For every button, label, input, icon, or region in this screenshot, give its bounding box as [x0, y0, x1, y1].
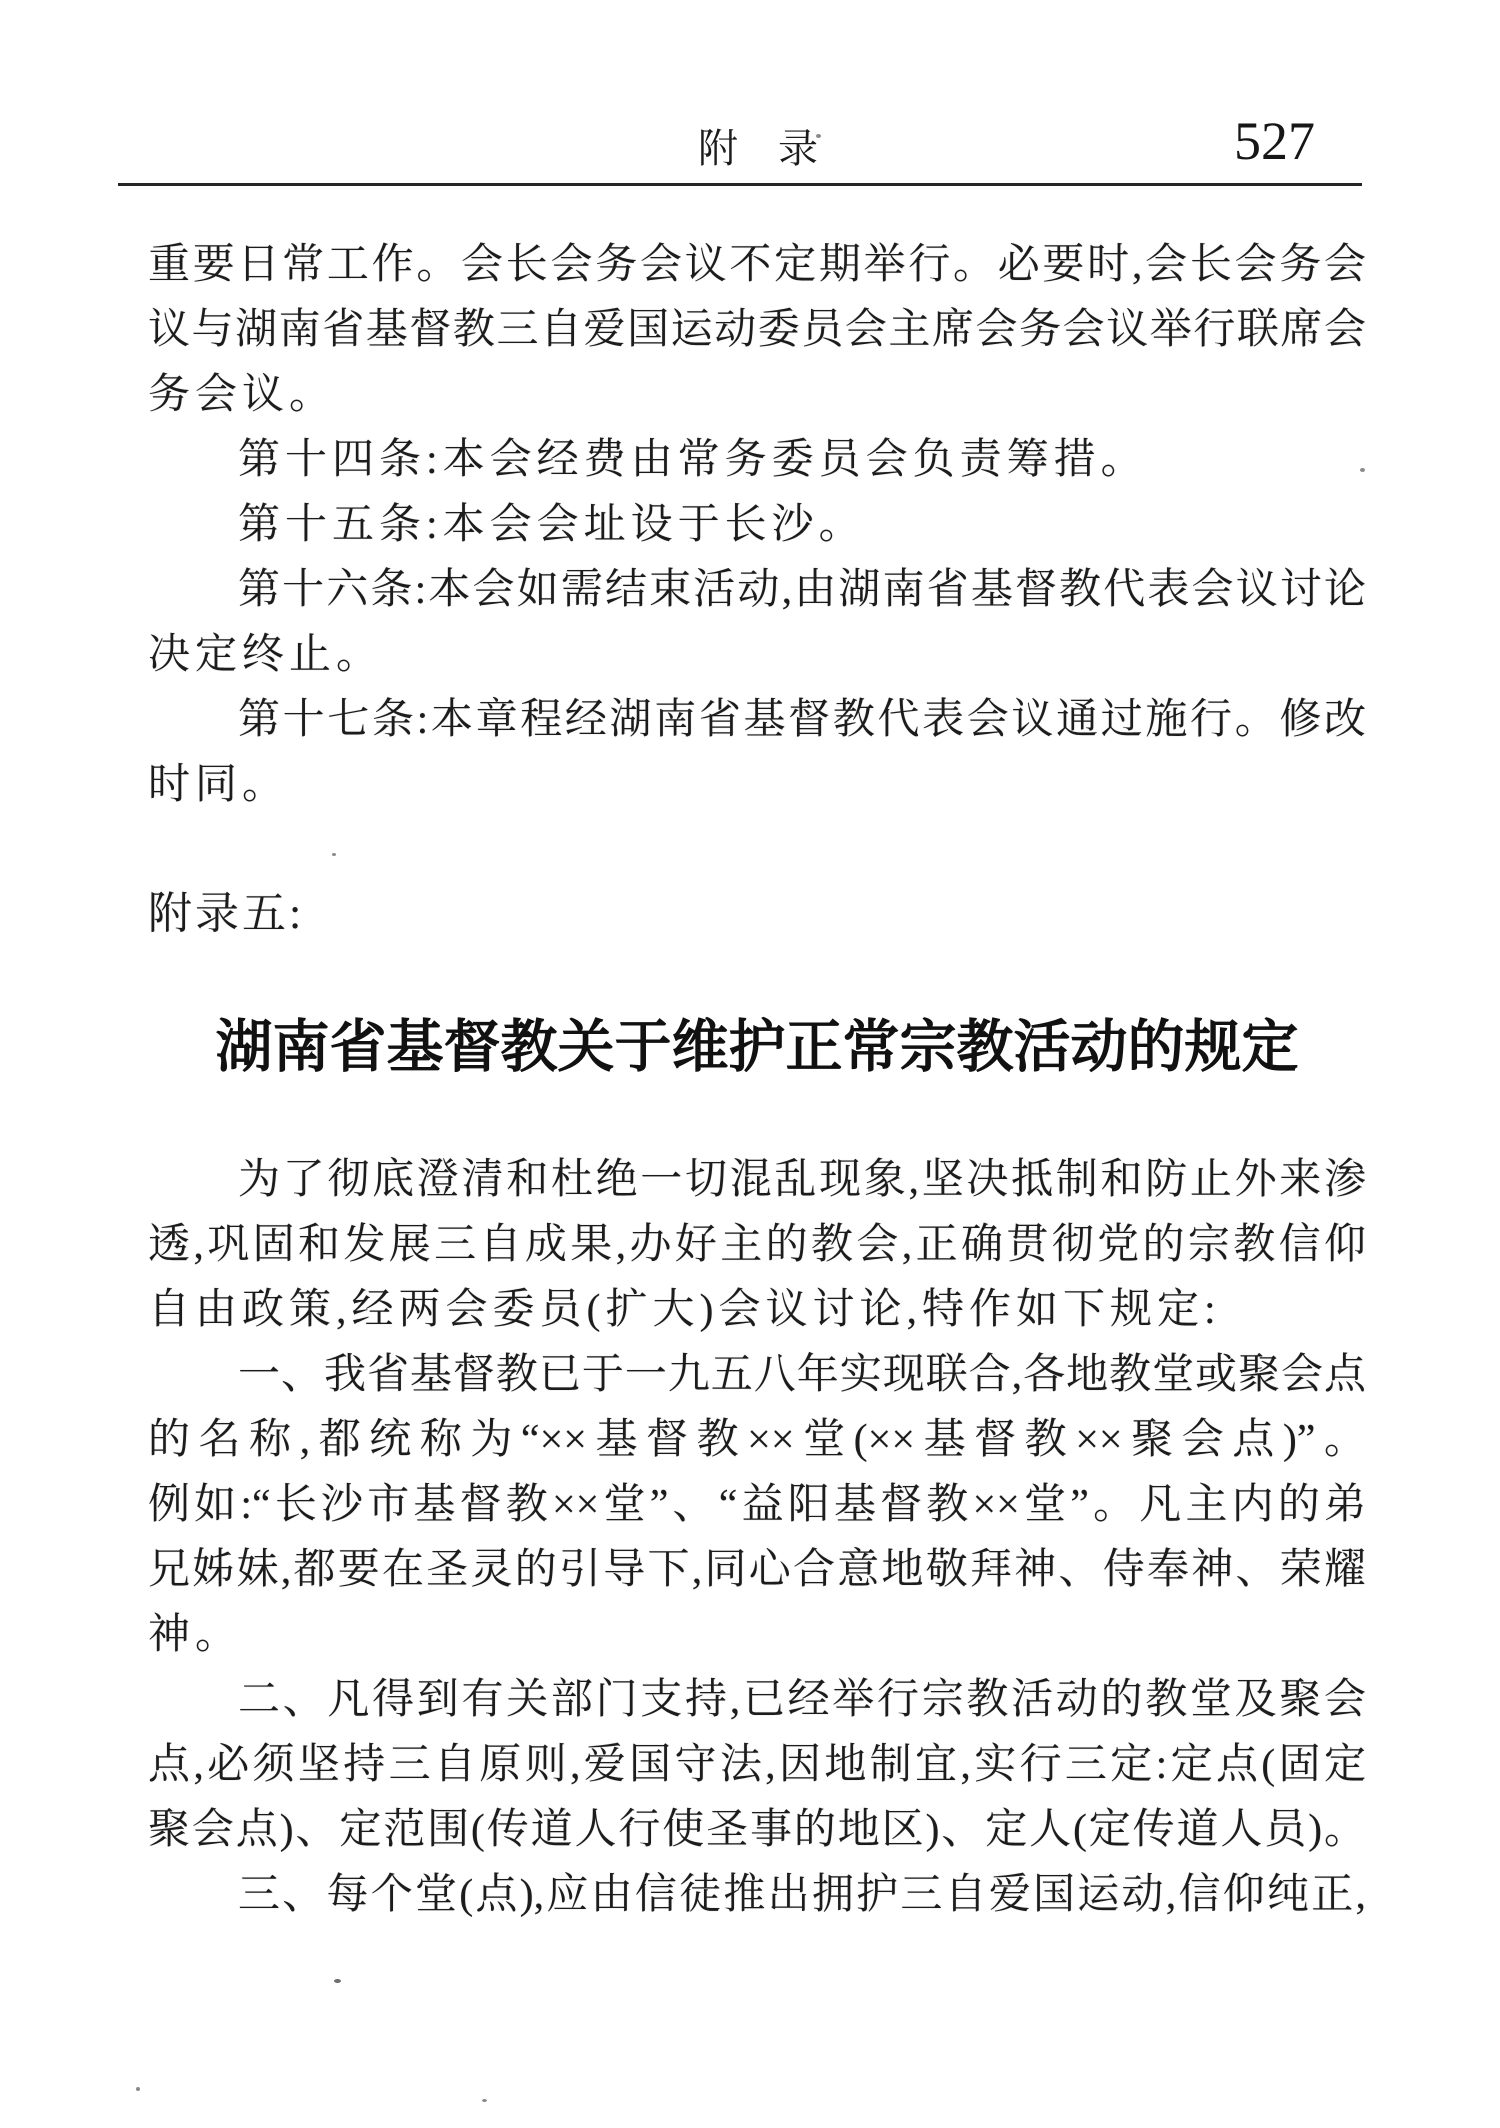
text-line: 三、每个堂(点),应由信徒推出拥护三自爱国运动,信仰纯正,	[148, 1863, 1366, 1928]
text-line: 第十五条:本会会址设于长沙。	[148, 493, 1366, 558]
scan-noise-speck	[136, 2087, 140, 2091]
text-line: 第十七条:本章程经湖南省基督教代表会议通过施行。修改	[148, 688, 1366, 753]
text-line: 为了彻底澄清和杜绝一切混乱现象,坚决抵制和防止外来渗	[148, 1148, 1366, 1213]
text-line: 自由政策,经两会委员(扩大)会议讨论,特作如下规定:	[148, 1278, 1366, 1343]
text-line: 透,巩固和发展三自成果,办好主的教会,正确贯彻党的宗教信仰	[148, 1213, 1366, 1278]
scan-noise-speck	[816, 134, 821, 138]
text-line: 例如:“长沙市基督教××堂”、“益阳基督教××堂”。凡主内的弟	[148, 1473, 1366, 1538]
scanned-book-page: 附 录 527 重要日常工作。会长会务会议不定期举行。必要时,会长会务会 议与湖…	[0, 0, 1500, 2128]
running-header-title: 附 录	[698, 127, 818, 171]
text-line: 第十四条:本会经费由常务委员会负责筹措。	[148, 428, 1366, 493]
text-line: 第十六条:本会如需结束活动,由湖南省基督教代表会议讨论	[148, 558, 1366, 623]
text-line: 二、凡得到有关部门支持,已经举行宗教活动的教堂及聚会	[148, 1668, 1366, 1733]
text-line: 时同。	[148, 753, 1366, 818]
text-line: 聚会点)、定范围(传道人行使圣事的地区)、定人(定传道人员)。	[148, 1798, 1366, 1863]
text-line: 的名称,都统称为“××基督教××堂(××基督教××聚会点)”。	[148, 1408, 1366, 1473]
scan-noise-speck	[332, 853, 336, 856]
body-text-bottom: 为了彻底澄清和杜绝一切混乱现象,坚决抵制和防止外来渗 透,巩固和发展三自成果,办…	[148, 1148, 1366, 1928]
text-line: 议与湖南省基督教三自爱国运动委员会主席会务会议举行联席会	[148, 298, 1366, 363]
appendix-label: 附录五:	[148, 888, 304, 940]
text-line: 点,必须坚持三自原则,爱国守法,因地制宜,实行三定:定点(固定	[148, 1733, 1366, 1798]
text-line: 务会议。	[148, 363, 1366, 428]
text-line: 兄姊妹,都要在圣灵的引导下,同心合意地敬拜神、侍奉神、荣耀	[148, 1538, 1366, 1603]
scan-noise-speck	[482, 2099, 487, 2102]
text-line: 一、我省基督教已于一九五八年实现联合,各地教堂或聚会点	[148, 1343, 1366, 1408]
header-rule	[118, 183, 1362, 186]
text-line: 神。	[148, 1603, 1366, 1668]
body-text-top: 重要日常工作。会长会务会议不定期举行。必要时,会长会务会 议与湖南省基督教三自爱…	[148, 233, 1366, 818]
document-title: 湖南省基督教关于维护正常宗教活动的规定	[148, 1014, 1366, 1080]
text-line: 重要日常工作。会长会务会议不定期举行。必要时,会长会务会	[148, 233, 1366, 298]
scan-noise-speck	[334, 1979, 341, 1983]
page-number: 527	[1234, 112, 1315, 170]
text-line: 决定终止。	[148, 623, 1366, 688]
scan-noise-speck	[1360, 468, 1365, 472]
